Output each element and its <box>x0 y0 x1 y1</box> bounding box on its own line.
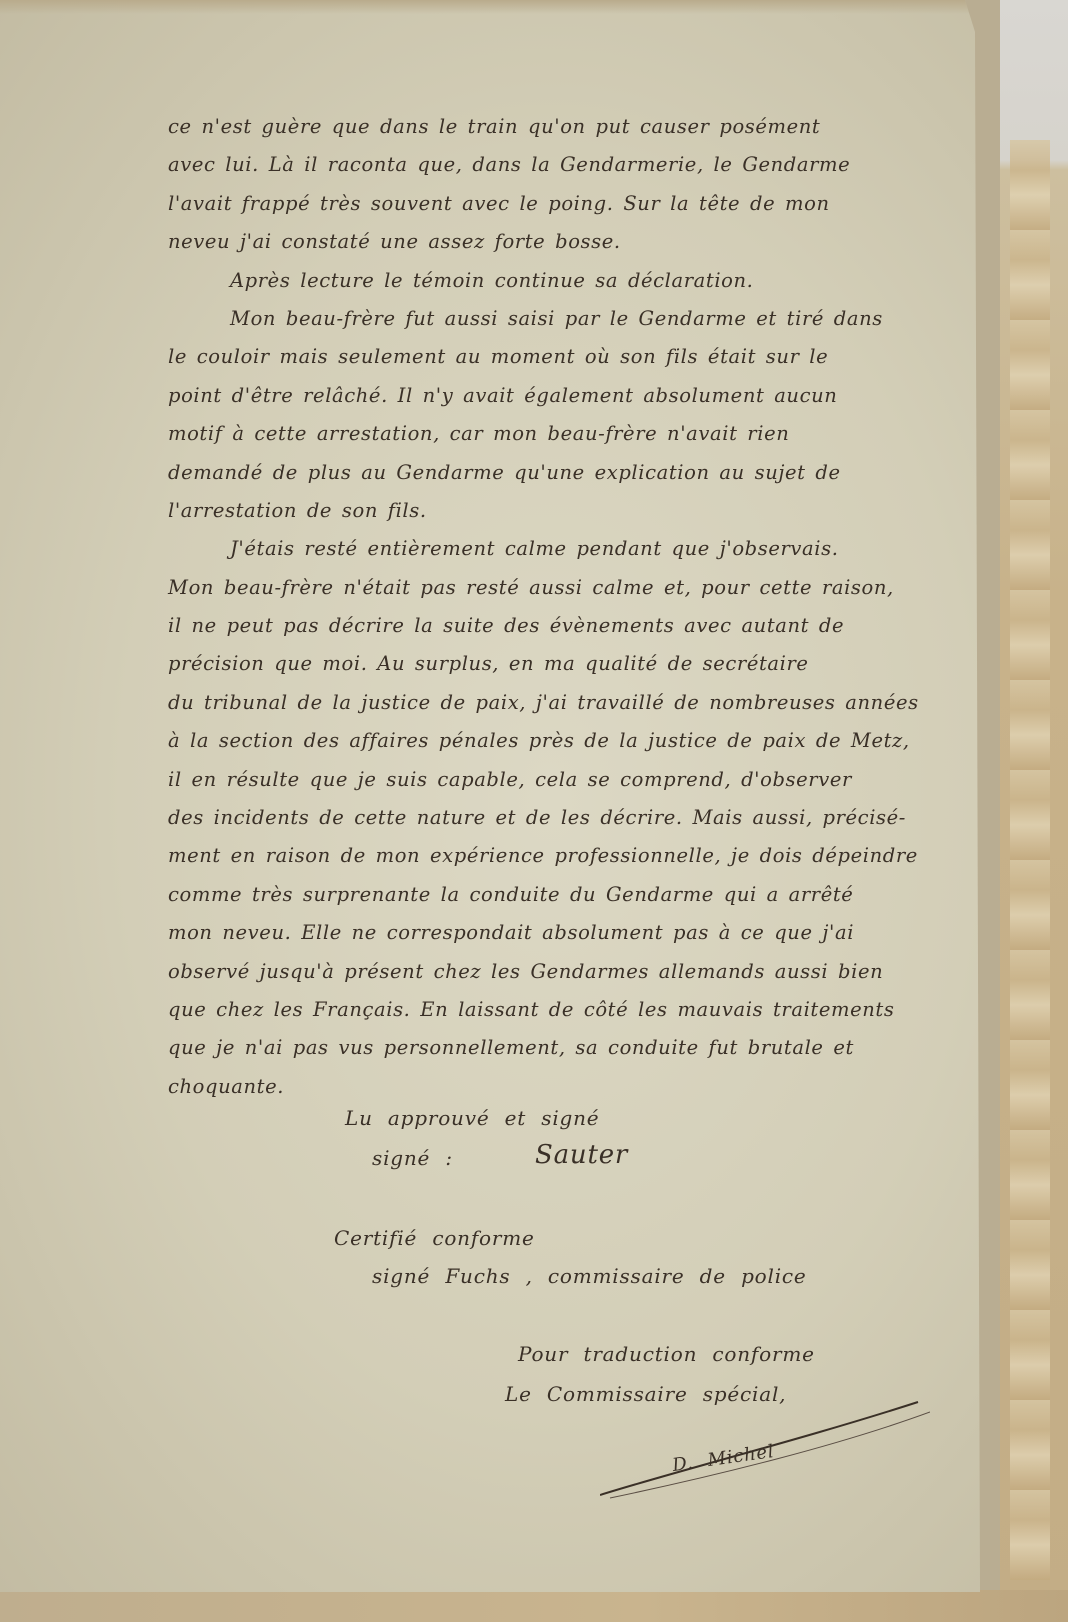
body-line: l'arrestation de son fils. <box>168 492 988 530</box>
body-line: neveu j'ai constaté une assez forte boss… <box>168 223 988 261</box>
body-line: il en résulte que je suis capable, cela … <box>168 761 988 799</box>
signed-name: Sauter <box>535 1140 628 1170</box>
body-line: motif à cette arrestation, car mon beau-… <box>168 415 988 453</box>
body-line: que je n'ai pas vus personnellement, sa … <box>168 1029 988 1067</box>
body-line: Après lecture le témoin continue sa décl… <box>168 262 988 300</box>
body-line: précision que moi. Au surplus, en ma qua… <box>168 645 988 683</box>
page-top-shadow <box>0 0 985 14</box>
body-line: point d'être relâché. Il n'y avait égale… <box>168 377 988 415</box>
body-line: que chez les Français. En laissant de cô… <box>168 991 988 1029</box>
stacked-pages-edge <box>1010 140 1050 1580</box>
body-line: du tribunal de la justice de paix, j'ai … <box>168 684 988 722</box>
bottom-pages-edge <box>0 1590 1068 1622</box>
body-line: observé jusqu'à présent chez les Gendarm… <box>168 953 988 991</box>
body-line: ce n'est guère que dans le train qu'on p… <box>168 108 988 146</box>
body-line: l'avait frappé très souvent avec le poin… <box>168 185 988 223</box>
approval-line: Lu approuvé et signé <box>345 1106 599 1130</box>
body-line: des incidents de cette nature et de les … <box>168 799 988 837</box>
body-line: à la section des affaires pénales près d… <box>168 722 988 760</box>
body-line: comme très surprenante la conduite du Ge… <box>168 876 988 914</box>
body-line: choquante. <box>168 1068 988 1106</box>
translation-line: Pour traduction conforme <box>518 1342 815 1366</box>
body-line: Mon beau-frère n'était pas resté aussi c… <box>168 569 988 607</box>
certification-signature-line: signé Fuchs , commissaire de police <box>372 1264 807 1288</box>
body-line: il ne peut pas décrire la suite des évèn… <box>168 607 988 645</box>
body-line: ment en raison de mon expérience profess… <box>168 837 988 875</box>
body-text: ce n'est guère que dans le train qu'on p… <box>168 108 988 1106</box>
body-line: le couloir mais seulement au moment où s… <box>168 338 988 376</box>
body-line: avec lui. Là il raconta que, dans la Gen… <box>168 146 988 184</box>
body-line: Mon beau-frère fut aussi saisi par le Ge… <box>168 300 988 338</box>
body-line: mon neveu. Elle ne correspondait absolum… <box>168 914 988 952</box>
body-line: J'étais resté entièrement calme pendant … <box>168 530 988 568</box>
body-line: demandé de plus au Gendarme qu'une expli… <box>168 454 988 492</box>
signed-label: signé : <box>372 1146 453 1170</box>
certification-line: Certifié conforme <box>334 1226 535 1250</box>
signature-flourish-icon <box>600 1400 930 1500</box>
